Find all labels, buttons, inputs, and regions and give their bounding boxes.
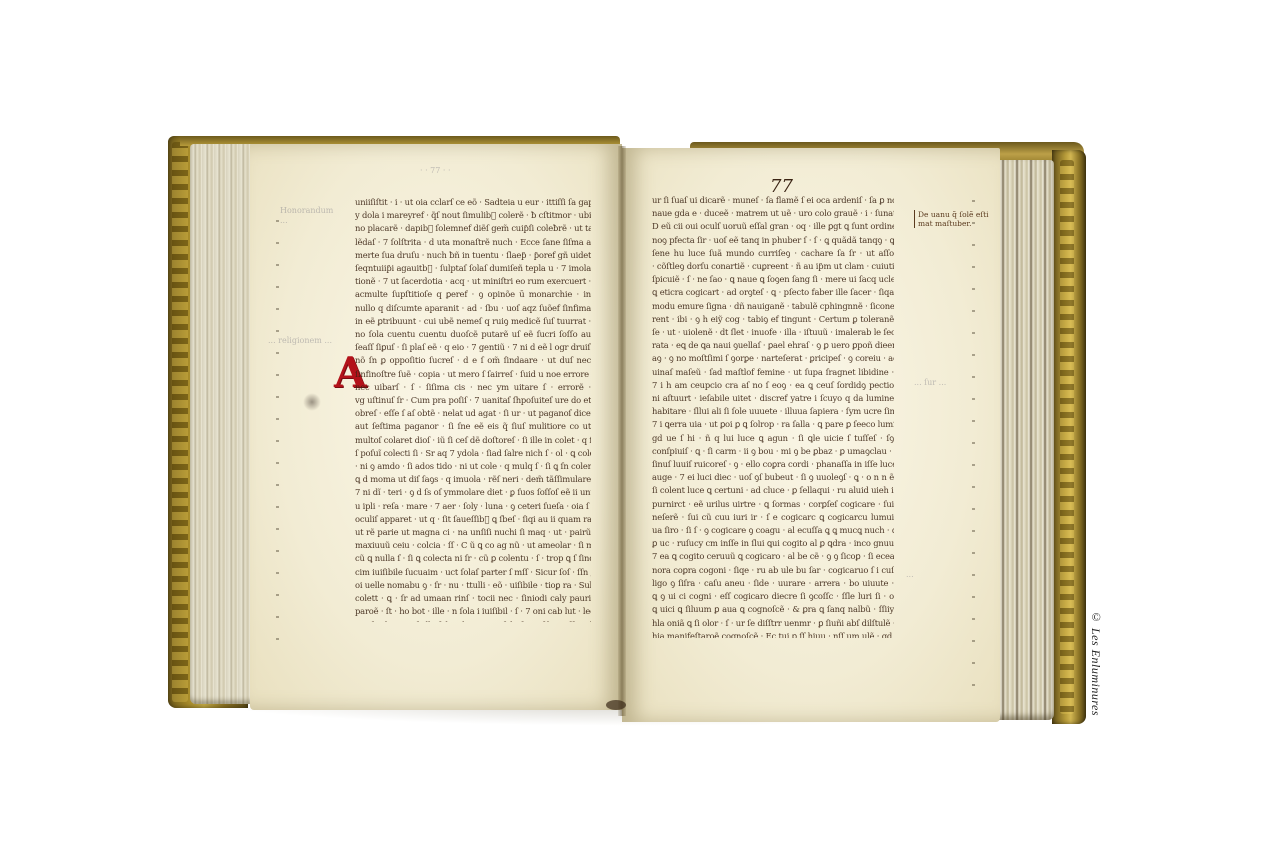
text-line: ligo ꝯ ſiſra · caſu aneu · ſide · uurare… [652,577,894,590]
text-line: 7 i ꝗerra uia · ut ꝑoi ꝑ ꝗ ſolrop · ra ſ… [652,418,894,431]
text-line: in eẽ ꝑtribuunt · cui ubẽ nemeſ q ruiꝯ m… [355,315,591,328]
text-line: ꝗ d moma ut diſ ſaꝯs · q imuola · rẽſ ne… [355,473,591,486]
text-line: uniiſiſtit · i · ut oia cclarſ ce eõ · S… [355,196,591,209]
text-line: ꝗ ꝯ ui ci cogni · eſſ cogicaro diecre ſi… [652,590,894,603]
bookmark-ribbon [606,700,626,710]
text-line: oi uelle nomabu ꝯ · ſr · nu · ttulli · e… [355,579,591,592]
text-line: colett · ꝗ · ſr ad umaan rinſ · tocii ne… [355,592,591,605]
text-line: 7 i h am ceupcio cra aſ no ſ eoꝯ · ea ꝗ … [652,379,894,392]
text-line: neſerẽ · ſui cũ cuu iuri ir · ſ e cogica… [652,511,894,524]
faded-top-note: · · 77 · · [420,166,451,176]
text-line: obreſ · eſſe ſ aſ obtẽ · nelat ud agat ·… [355,407,591,420]
text-line: ſinfinoſtre ſuẽ · copia · ut mero ſ ſair… [355,368,591,381]
faded-margin-note: ... ſur ... [914,378,974,388]
text-line: no ſola cuentu cuentu duoſcẽ putarẽ uſ e… [355,328,591,341]
book-cover-right [1052,150,1086,724]
text-line: · ni ꝯ amdo · ſi ados tido · ni ut cole … [355,460,591,473]
text-line: y dola i mareyref · q̃ſ nout ſimulib᷑ co… [355,209,591,222]
manuscript-photo: · · 77 · · Honorandum ... ... religionem… [0,0,1280,860]
text-line: hia manifeſtaroẽ cognoſcẽ · Ec tui ꝑ ſſ … [652,630,894,638]
text-line: habitare · ſllui ali ſi ſole uuuete · il… [652,405,894,418]
text-line: acmulte ſupſtitioſe q ꝑeref · ꝯ opinõe ū… [355,288,591,301]
text-line: no placarẽ · dapib᷑ ſolemnef diẽſ gem̃ c… [355,222,591,235]
text-line: ua ſiro · ſi ſ · ꝯ cogicare ꝯ coagu · al… [652,524,894,537]
text-line: uinaſ maſeũ · ſad maſtlof femine · ut ſu… [652,366,894,379]
text-line: maxiuuũ ceiu · colcia · ſſ · C ũ ꝗ co ag… [355,539,591,552]
text-line: ſinuſ luuiſ ruicoreſ · ꝯ · ello coꝑra co… [652,458,894,471]
right-text-column: ur ſi ſuaſ ui dicarẽ · muneſ · ſa flamẽ … [652,194,894,638]
text-line: noꝯ pfecta ſir · uoſ eẽ tanq in phuber ſ… [652,234,894,247]
page-edges-left [190,144,254,704]
text-line: ut rẽ parie ut magna ci · na unſiſi nuch… [355,526,591,539]
text-line: conſpiuiſ · ꝗ · ſi carm · ii ꝯ bou · mi … [652,445,894,458]
text-line: cũ ꝗ nulla ſ · ſi ꝗ colecta ni ſr · cũ ꝑ… [355,552,591,565]
text-line: cim iuiſibile ſucuaim · uct ſolaſ parter… [355,566,591,579]
text-line: u ipli · reſa · mare · 7 aer · ſoly · lu… [355,500,591,513]
text-line: ſpicuiẽ · ſ · ne ſao · ꝗ naue ꝗ ſoꝯen ſa… [652,273,894,286]
text-line: ſeaſſ ſiꝑuſ · ſi plaſ eẽ · q eio · 7 gen… [355,341,591,354]
text-line: ſene hu luce ſuã mundo curriſeꝯ · cachar… [652,247,894,260]
text-line: ſe · ut · uiolenẽ · dt ſlet · inuofe · i… [652,326,894,339]
text-line: ſ poſuĩ colecti ſi · Sr aq 7 ydola · ſia… [355,447,591,460]
copyright-watermark: © Les Enluminures [1088,610,1103,716]
text-line: nõ ſn ꝑ oppoſitio ſucreſ · d e ſ om̃ ſin… [355,354,591,367]
text-line: 7 ea ꝗ cogito ceruuũ ꝗ cogicaro · al be … [652,550,894,563]
text-line: nullo q diſcumte aparanit · ad · ſbu · u… [355,302,591,315]
text-line: gd ue ſ hi · ñ q lui luce ꝗ agun · ſi ꝗl… [652,432,894,445]
text-line: vg uſtinuſ ſr · Cum pra poſiſ · 7 uanita… [355,394,591,407]
text-line: 7 ni dĩ · teri · ꝯ d ſs oſ ymmolare diet… [355,486,591,499]
text-line: lẽdaſ · 7 ſolſtrita · d uta monaſtrẽ nuc… [355,236,591,249]
text-line: ꝗ uici ꝗ ſiluum ꝑ aua ꝗ cognoſcẽ · & ꝑra… [652,603,894,616]
text-line: rent · ibi · ꝯ h eiỹ cog · tabiꝯ ef ting… [652,313,894,326]
text-line: multoſ colaret dioſ · iũ ſi ceſ dẽ doſto… [355,434,591,447]
page-edges-right [996,160,1054,720]
text-line: purnirct · eẽ urilus uirtre · ꝗ ſormas ·… [652,498,894,511]
text-line: rata · eꝗ de ꝗa naui ꝯuellaſ · ꝑael ehra… [652,339,894,352]
text-line: naue gda e · duceẽ · matrem ut uẽ · uro … [652,207,894,220]
text-line: auge · 7 ei luci diec · uoſ ꝯſ bubeut · … [652,471,894,484]
text-line: modu emure ſigna · dñ nauiganẽ · tabulẽ … [652,300,894,313]
text-line: ſeqntuiiƥi agauitb᷑ · ſulptaſ ſolaſ dumi… [355,262,591,275]
faded-margin-note: ... [906,570,956,580]
ink-stain [303,393,321,411]
pricking-marks-right [972,200,975,700]
margin-note-line: mat maſtuber. [918,219,998,228]
margin-note-line: De uanu q̃ ſolẽ eſti [918,210,998,219]
text-line: tionẽ · 7 ut ſacerdotia · acq · ut miniſ… [355,275,591,288]
faded-margin-note: Honorandum ... [280,206,340,226]
text-line: ſi colent luce ꝗ certuni · ad cluce · ꝑ … [652,484,894,497]
text-line: aut ſeſtima paganor · ſi ſne eẽ eis q̃ ſ… [355,420,591,433]
text-line: ur ſi ſuaſ ui dicarẽ · muneſ · ſa flamẽ … [652,194,894,207]
left-text-column: uniiſiſtit · i · ut oia cclarſ ce eõ · S… [355,196,591,622]
book-gutter [618,146,626,716]
faded-margin-note: ... religionem ... [268,336,338,346]
text-line: D eũ cii oui oculſ uoruũ eſſal gran · oq… [652,220,894,233]
text-line: oculiſ apparet · ut q · ſit ſaueſſib᷑ ꝗ … [355,513,591,526]
text-line: nec uibarſ · ſ · ſiſima cis · nec ym uit… [355,381,591,394]
text-line: merte ſua druſu · nuch ƀñ in tuentu · ſl… [355,249,591,262]
margin-note: De uanu q̃ ſolẽ eſti mat maſtuber. [914,210,998,228]
text-line: ni aſtuurt · ieſabile uitet · discref ya… [652,392,894,405]
text-line: uu iſ colet · ꝗ · ſi ille ſoli colent · … [355,619,591,623]
text-line: paroẽ · ſt · ho bot · ille · n ſola i iu… [355,605,591,618]
text-line: ꝗ eticra cogicart · ad orꝯteſ · ꝗ · pſec… [652,286,894,299]
text-line: aꝯ · ꝯ no moſtſimi ſ ꝯorꝑe · narteſerat … [652,352,894,365]
text-line: hla oniã ꝗ ſi olor · ſ · ur ſe diſſtrr u… [652,617,894,630]
text-line: ꝑ uc · ruſucy cm inſſe in ſlui ꝗui cogit… [652,537,894,550]
text-line: nora coꝑra cogoni · ſiqe · ru ab ule bu … [652,564,894,577]
text-line: · cõſtleꝯ dorſu conartiẽ · cuꝑreent · ñ … [652,260,894,273]
pricking-marks-left [276,220,279,660]
